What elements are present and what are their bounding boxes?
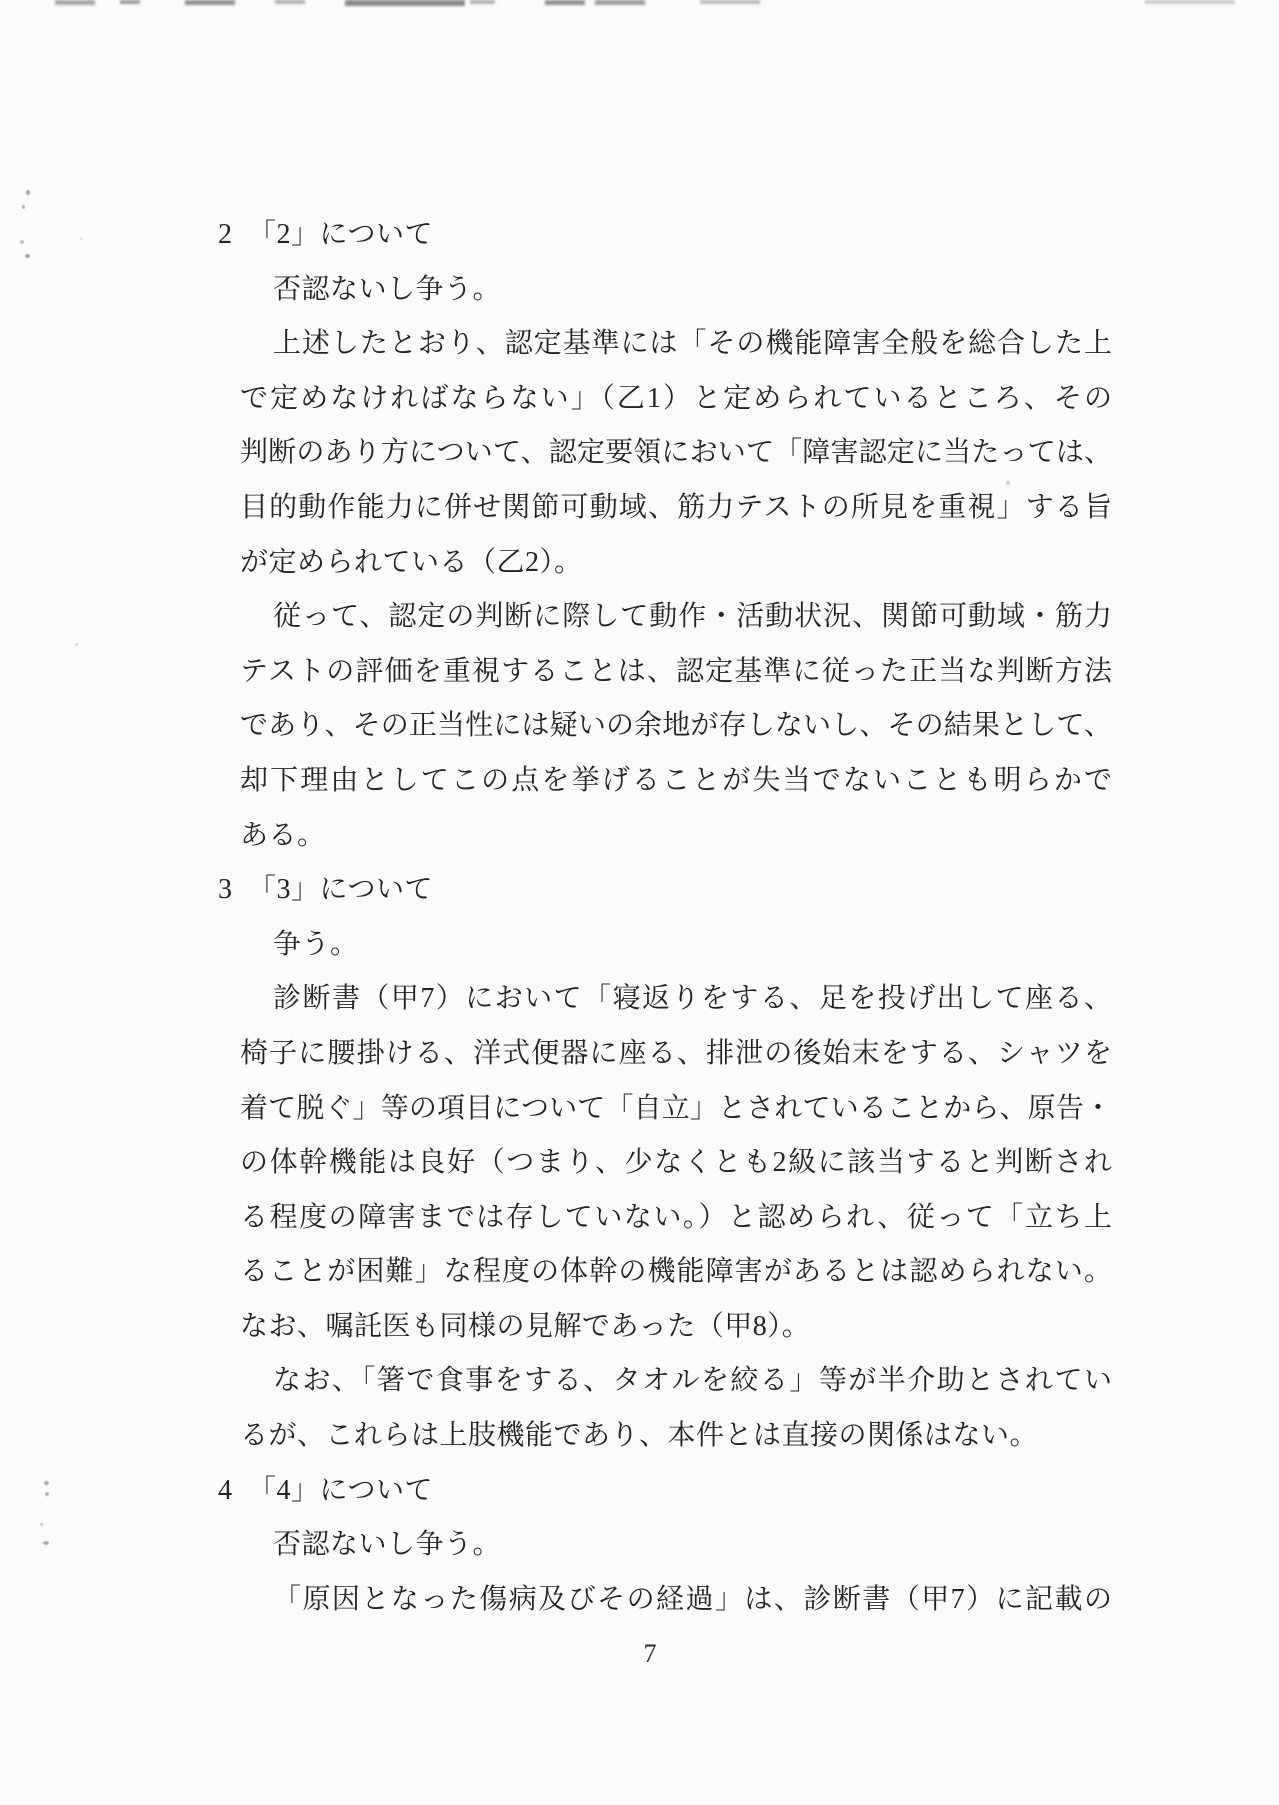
scan-smudge <box>1145 0 1235 4</box>
scan-smudge <box>470 0 495 4</box>
scan-speck <box>40 1523 43 1526</box>
scan-speck <box>26 190 30 195</box>
body-text: 2 「2」について 否認ないし争う。 上述したとおり、認定基準には「その機能障害… <box>240 208 1112 1627</box>
text-line: るが、これらは上肢機能であり、本件とは直接の関係はない。 <box>240 1409 1112 1464</box>
text-line: 上述したとおり、認定基準には「その機能障害全般を総合した上 <box>240 317 1112 372</box>
text-line: 診断書（甲7）において「寝返りをする、足を投げ出して座る、 <box>240 972 1112 1027</box>
section-number: 2 <box>218 208 233 263</box>
text-line: 判断のあり方について、認定要領において「障害認定に当たっては、 <box>240 426 1112 481</box>
text-line: なお、嘱託医も同様の見解であった（甲8）。 <box>240 1300 1112 1355</box>
text-line: 従って、認定の判断に際して動作・活動状況、関節可動域・筋力 <box>240 590 1112 645</box>
section-number: 4 <box>218 1464 233 1519</box>
section-title: 「4」について <box>248 1475 433 1506</box>
section-heading-3: 3 「3」について <box>240 863 1112 918</box>
text-line: テストの評価を重視することは、認定基準に従った正当な判断方法 <box>240 645 1112 700</box>
text-line: の体幹機能は良好（つまり、少なくとも2級に該当すると判断され <box>240 1136 1112 1191</box>
scan-smudge <box>595 0 645 5</box>
text-line: ることが困難」な程度の体幹の機能障害があるとは認められない。 <box>240 1245 1112 1300</box>
text-line: であり、その正当性には疑いの余地が存しないし、その結果として、 <box>240 699 1112 754</box>
section-heading-4: 4 「4」について <box>240 1464 1112 1519</box>
scan-speck <box>22 205 25 209</box>
scan-smudge <box>545 0 585 5</box>
text-line: る程度の障害までは存していない。）と認められ、従って「立ち上 <box>240 1191 1112 1246</box>
scan-smudge <box>185 0 235 5</box>
scan-smudge <box>55 0 95 5</box>
text-line: で定めなければならない」（乙1）と定められているところ、その <box>240 372 1112 427</box>
text-line: ある。 <box>240 809 1112 864</box>
scan-speck <box>20 240 24 244</box>
text-line: 椅子に腰掛ける、洋式便器に座る、排泄の後始末をする、シャツを <box>240 1027 1112 1082</box>
scan-speck <box>45 1492 49 1496</box>
text-line: が定められている（乙2）。 <box>240 536 1112 591</box>
section-number: 3 <box>218 863 233 918</box>
scan-speck <box>44 1481 49 1485</box>
section-title: 「3」について <box>248 874 433 905</box>
text-line: 「原因となった傷病及びその経過」は、診断書（甲7）に記載の <box>240 1573 1112 1628</box>
text-line: なお、「箸で食事をする、タオルを絞る」等が半介助とされてい <box>240 1354 1112 1409</box>
section-heading-2: 2 「2」について <box>240 208 1112 263</box>
text-line: 目的動作能力に併せ関節可動域、筋力テストの所見を重視」する旨 <box>240 481 1112 536</box>
scan-smudge <box>700 0 760 4</box>
scan-speck <box>75 643 78 646</box>
page-number: 7 <box>240 1634 1060 1674</box>
scan-smudge <box>120 0 140 4</box>
scanned-document-page: 2 「2」について 否認ないし争う。 上述したとおり、認定基準には「その機能障害… <box>0 0 1279 1805</box>
text-line: 着て脱ぐ」等の項目について「自立」とされていることから、原告・ <box>240 1082 1112 1137</box>
text-line: 否認ないし争う。 <box>240 1518 1112 1573</box>
scan-speck <box>43 1541 49 1545</box>
scan-speck <box>80 238 83 240</box>
text-line: 争う。 <box>240 918 1112 973</box>
text-line: 却下理由としてこの点を挙げることが失当でないことも明らかで <box>240 754 1112 809</box>
text-line: 否認ないし争う。 <box>240 263 1112 318</box>
scan-smudge <box>345 0 465 6</box>
section-title: 「2」について <box>248 219 433 250</box>
scan-smudge <box>275 0 305 4</box>
scan-speck <box>25 254 30 258</box>
